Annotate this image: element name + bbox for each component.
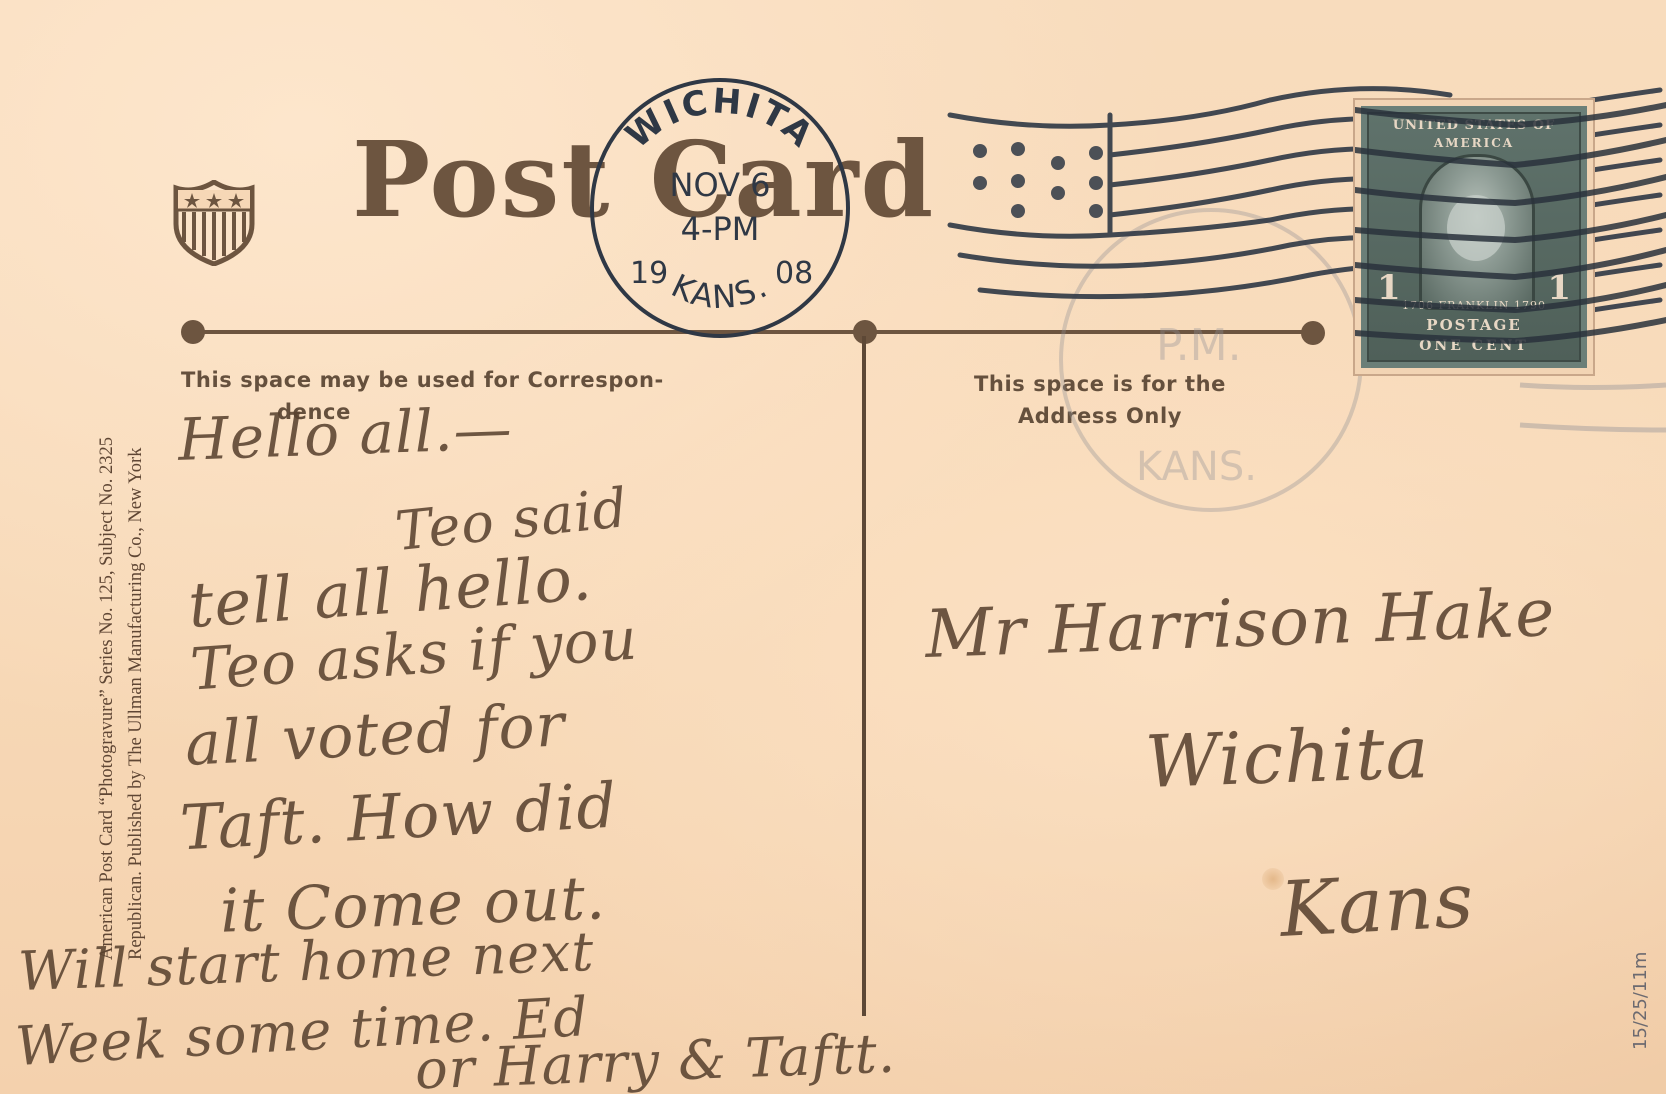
imprint-line-2: Republican. Published by The Ullman Manu…: [122, 140, 151, 960]
printer-imprint: American Post Card “Photogravure” Series…: [93, 140, 151, 960]
flag-stars: [973, 142, 1103, 218]
svg-text:19: 19: [630, 256, 668, 291]
center-divider: [862, 336, 866, 1016]
svg-text:4-PM: 4-PM: [681, 210, 760, 248]
address-state: Kans: [1278, 855, 1476, 954]
foxing-spot: [1262, 868, 1284, 890]
message-line: all voted for: [183, 690, 567, 780]
svg-text:KANS.: KANS.: [666, 266, 775, 316]
address-city: Wichita: [1144, 710, 1431, 804]
address-name: Mr Harrison Hake: [924, 574, 1557, 673]
postcard-back: American Post Card “Photogravure” Series…: [0, 0, 1666, 1094]
postmark: WICHITA NOV 6 4-PM 19 08 KANS.: [575, 68, 865, 348]
stamp-cancel-lines: [1355, 95, 1666, 355]
svg-text:NOV 6: NOV 6: [670, 166, 771, 204]
pencil-note: 15/25/11m: [1630, 952, 1651, 1050]
imprint-line-1: American Post Card “Photogravure” Series…: [93, 140, 122, 960]
shield-icon: [172, 180, 256, 266]
message-line: Taft. How did: [178, 769, 618, 865]
svg-text:08: 08: [775, 256, 813, 291]
message-line: Hello all.—: [177, 394, 514, 474]
svg-text:WICHITA: WICHITA: [618, 81, 822, 157]
